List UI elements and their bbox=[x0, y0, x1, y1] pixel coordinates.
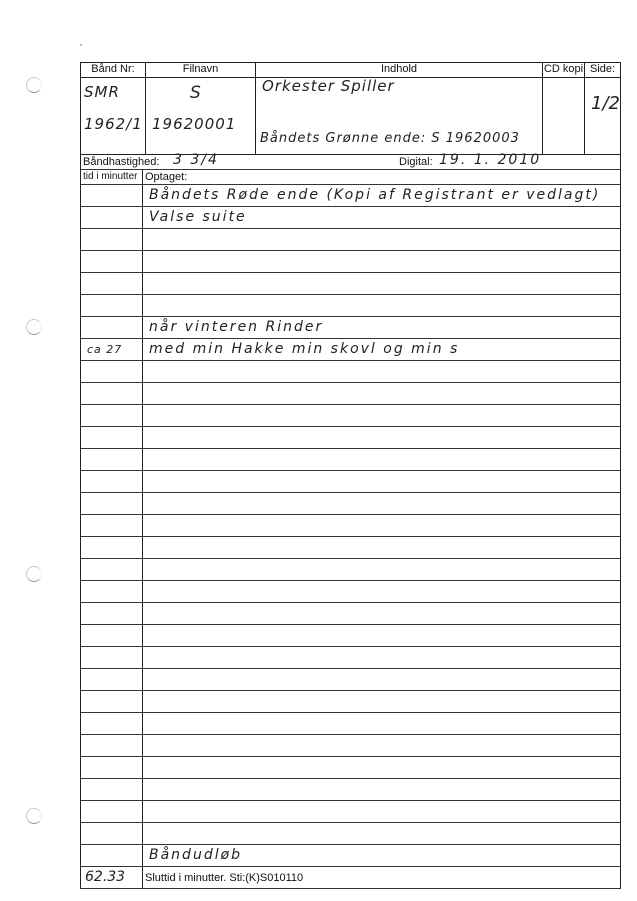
entries-list: Båndets Røde ende (Kopi af Registrant er… bbox=[80, 185, 621, 867]
table-row bbox=[80, 405, 621, 427]
scan-speck bbox=[80, 44, 82, 46]
time-cell bbox=[81, 669, 143, 690]
table-row bbox=[80, 383, 621, 405]
band-nr-label: Bånd Nr: bbox=[81, 63, 145, 78]
table-row bbox=[80, 713, 621, 735]
content-cell bbox=[143, 801, 620, 822]
table-row: når vinteren Rinder bbox=[80, 317, 621, 339]
content-cell bbox=[143, 603, 620, 624]
table-row bbox=[80, 295, 621, 317]
indhold-value-2: Båndets Grønne ende: S 19620003 bbox=[260, 131, 520, 146]
content-value: Valse suite bbox=[149, 209, 247, 225]
time-cell bbox=[81, 185, 143, 206]
time-cell bbox=[81, 691, 143, 712]
table-row bbox=[80, 603, 621, 625]
table-row bbox=[80, 757, 621, 779]
speed-label: Båndhastighed: bbox=[83, 156, 159, 168]
table-row bbox=[80, 823, 621, 845]
table-row bbox=[80, 779, 621, 801]
table-row bbox=[80, 515, 621, 537]
content-cell bbox=[143, 471, 620, 492]
time-cell bbox=[81, 735, 143, 756]
content-cell bbox=[143, 229, 620, 250]
content-cell: når vinteren Rinder bbox=[143, 317, 620, 338]
content-cell bbox=[143, 273, 620, 294]
punch-hole bbox=[26, 77, 42, 93]
table-row: Båndudløb bbox=[80, 845, 621, 867]
indhold-column: Indhold Orkester Spiller Båndets Grønne … bbox=[256, 63, 543, 154]
time-cell bbox=[81, 207, 143, 228]
digital-label: Digital: bbox=[399, 156, 433, 168]
time-cell bbox=[81, 273, 143, 294]
table-row bbox=[80, 647, 621, 669]
time-cell bbox=[81, 625, 143, 646]
punch-hole bbox=[26, 566, 42, 582]
end-time-cell: 62.33 bbox=[81, 867, 143, 888]
time-cell bbox=[81, 537, 143, 558]
time-cell bbox=[81, 845, 143, 866]
content-value: Båndets Røde ende (Kopi af Registrant er… bbox=[149, 187, 600, 203]
band-nr-value-1: SMR bbox=[84, 83, 120, 101]
footer-label: Sluttid i minutter. Sti:(K)S010110 bbox=[145, 872, 303, 884]
table-row bbox=[80, 625, 621, 647]
table-row: ca 27med min Hakke min skovl og min s bbox=[80, 339, 621, 361]
time-cell bbox=[81, 383, 143, 404]
content-cell: Båndets Røde ende (Kopi af Registrant er… bbox=[143, 185, 620, 206]
time-cell bbox=[81, 493, 143, 514]
content-cell bbox=[143, 493, 620, 514]
table-row bbox=[80, 537, 621, 559]
table-row bbox=[80, 251, 621, 273]
content-cell bbox=[143, 427, 620, 448]
content-cell: med min Hakke min skovl og min s bbox=[143, 339, 620, 360]
time-cell bbox=[81, 515, 143, 536]
content-cell bbox=[143, 735, 620, 756]
time-cell bbox=[81, 317, 143, 338]
time-column-label: tid i minutter bbox=[83, 171, 137, 182]
column-header-row: tid i minutter Optaget: bbox=[80, 170, 621, 185]
time-cell bbox=[81, 713, 143, 734]
content-cell: Valse suite bbox=[143, 207, 620, 228]
side-value: 1/2 bbox=[591, 93, 620, 114]
time-cell bbox=[81, 295, 143, 316]
indhold-value-1: Orkester Spiller bbox=[262, 77, 395, 95]
content-cell bbox=[143, 625, 620, 646]
side-label: Side: bbox=[585, 63, 620, 78]
content-value: når vinteren Rinder bbox=[149, 319, 323, 335]
band-nr-value-2: 1962/1 bbox=[84, 115, 143, 133]
recorded-column-header: Optaget: bbox=[143, 170, 620, 184]
content-cell bbox=[143, 581, 620, 602]
time-cell bbox=[81, 449, 143, 470]
recorded-column-label: Optaget: bbox=[145, 171, 187, 183]
content-cell bbox=[143, 779, 620, 800]
table-row bbox=[80, 471, 621, 493]
content-cell bbox=[143, 251, 620, 272]
time-cell bbox=[81, 603, 143, 624]
side-column: Side: 1/2 bbox=[585, 63, 620, 154]
digital-value: 19. 1. 2010 bbox=[439, 152, 541, 168]
punch-hole bbox=[26, 319, 42, 335]
footer-row: 62.33 Sluttid i minutter. Sti:(K)S010110 bbox=[80, 867, 621, 889]
table-row bbox=[80, 229, 621, 251]
table-row: Båndets Røde ende (Kopi af Registrant er… bbox=[80, 185, 621, 207]
content-cell bbox=[143, 361, 620, 382]
cd-kopi-column: CD kopi bbox=[543, 63, 585, 154]
content-cell: Båndudløb bbox=[143, 845, 620, 866]
table-row bbox=[80, 669, 621, 691]
band-nr-column: Bånd Nr: SMR 1962/1 bbox=[81, 63, 146, 154]
filnavn-value-2: 19620001 bbox=[152, 115, 236, 133]
time-column-header: tid i minutter bbox=[81, 170, 143, 184]
table-row bbox=[80, 801, 621, 823]
content-cell bbox=[143, 669, 620, 690]
time-value: ca 27 bbox=[87, 343, 122, 356]
filnavn-column: Filnavn S 19620001 bbox=[146, 63, 256, 154]
time-cell bbox=[81, 427, 143, 448]
time-cell bbox=[81, 823, 143, 844]
filnavn-value-1: S bbox=[190, 83, 202, 103]
filnavn-label: Filnavn bbox=[146, 63, 255, 78]
footer-label-cell: Sluttid i minutter. Sti:(K)S010110 bbox=[143, 867, 620, 888]
table-row bbox=[80, 691, 621, 713]
time-cell bbox=[81, 581, 143, 602]
tape-sheet: Bånd Nr: SMR 1962/1 Filnavn S 19620001 I… bbox=[80, 62, 621, 889]
time-cell: ca 27 bbox=[81, 339, 143, 360]
content-value: med min Hakke min skovl og min s bbox=[149, 341, 459, 357]
table-row bbox=[80, 559, 621, 581]
time-cell bbox=[81, 251, 143, 272]
table-row bbox=[80, 581, 621, 603]
content-cell bbox=[143, 537, 620, 558]
end-time-value: 62.33 bbox=[85, 869, 125, 885]
time-cell bbox=[81, 405, 143, 426]
table-row: Valse suite bbox=[80, 207, 621, 229]
content-cell bbox=[143, 383, 620, 404]
time-cell bbox=[81, 779, 143, 800]
table-row bbox=[80, 449, 621, 471]
time-cell bbox=[81, 361, 143, 382]
time-cell bbox=[81, 229, 143, 250]
time-cell bbox=[81, 647, 143, 668]
content-cell bbox=[143, 757, 620, 778]
punch-hole bbox=[26, 808, 42, 824]
content-cell bbox=[143, 559, 620, 580]
content-cell bbox=[143, 647, 620, 668]
content-cell bbox=[143, 691, 620, 712]
content-cell bbox=[143, 449, 620, 470]
table-row bbox=[80, 427, 621, 449]
content-cell bbox=[143, 515, 620, 536]
content-value: Båndudløb bbox=[149, 847, 242, 863]
table-row bbox=[80, 273, 621, 295]
header-block: Bånd Nr: SMR 1962/1 Filnavn S 19620001 I… bbox=[80, 62, 621, 155]
content-cell bbox=[143, 713, 620, 734]
speed-value: 3 3/4 bbox=[173, 152, 219, 168]
cd-kopi-label: CD kopi bbox=[543, 63, 584, 78]
time-cell bbox=[81, 471, 143, 492]
table-row bbox=[80, 361, 621, 383]
content-cell bbox=[143, 823, 620, 844]
time-cell bbox=[81, 757, 143, 778]
table-row bbox=[80, 735, 621, 757]
speed-row: Båndhastighed: 3 3/4 Digital: 19. 1. 201… bbox=[80, 155, 621, 170]
time-cell bbox=[81, 801, 143, 822]
content-cell bbox=[143, 405, 620, 426]
time-cell bbox=[81, 559, 143, 580]
table-row bbox=[80, 493, 621, 515]
indhold-label: Indhold bbox=[256, 63, 542, 78]
content-cell bbox=[143, 295, 620, 316]
